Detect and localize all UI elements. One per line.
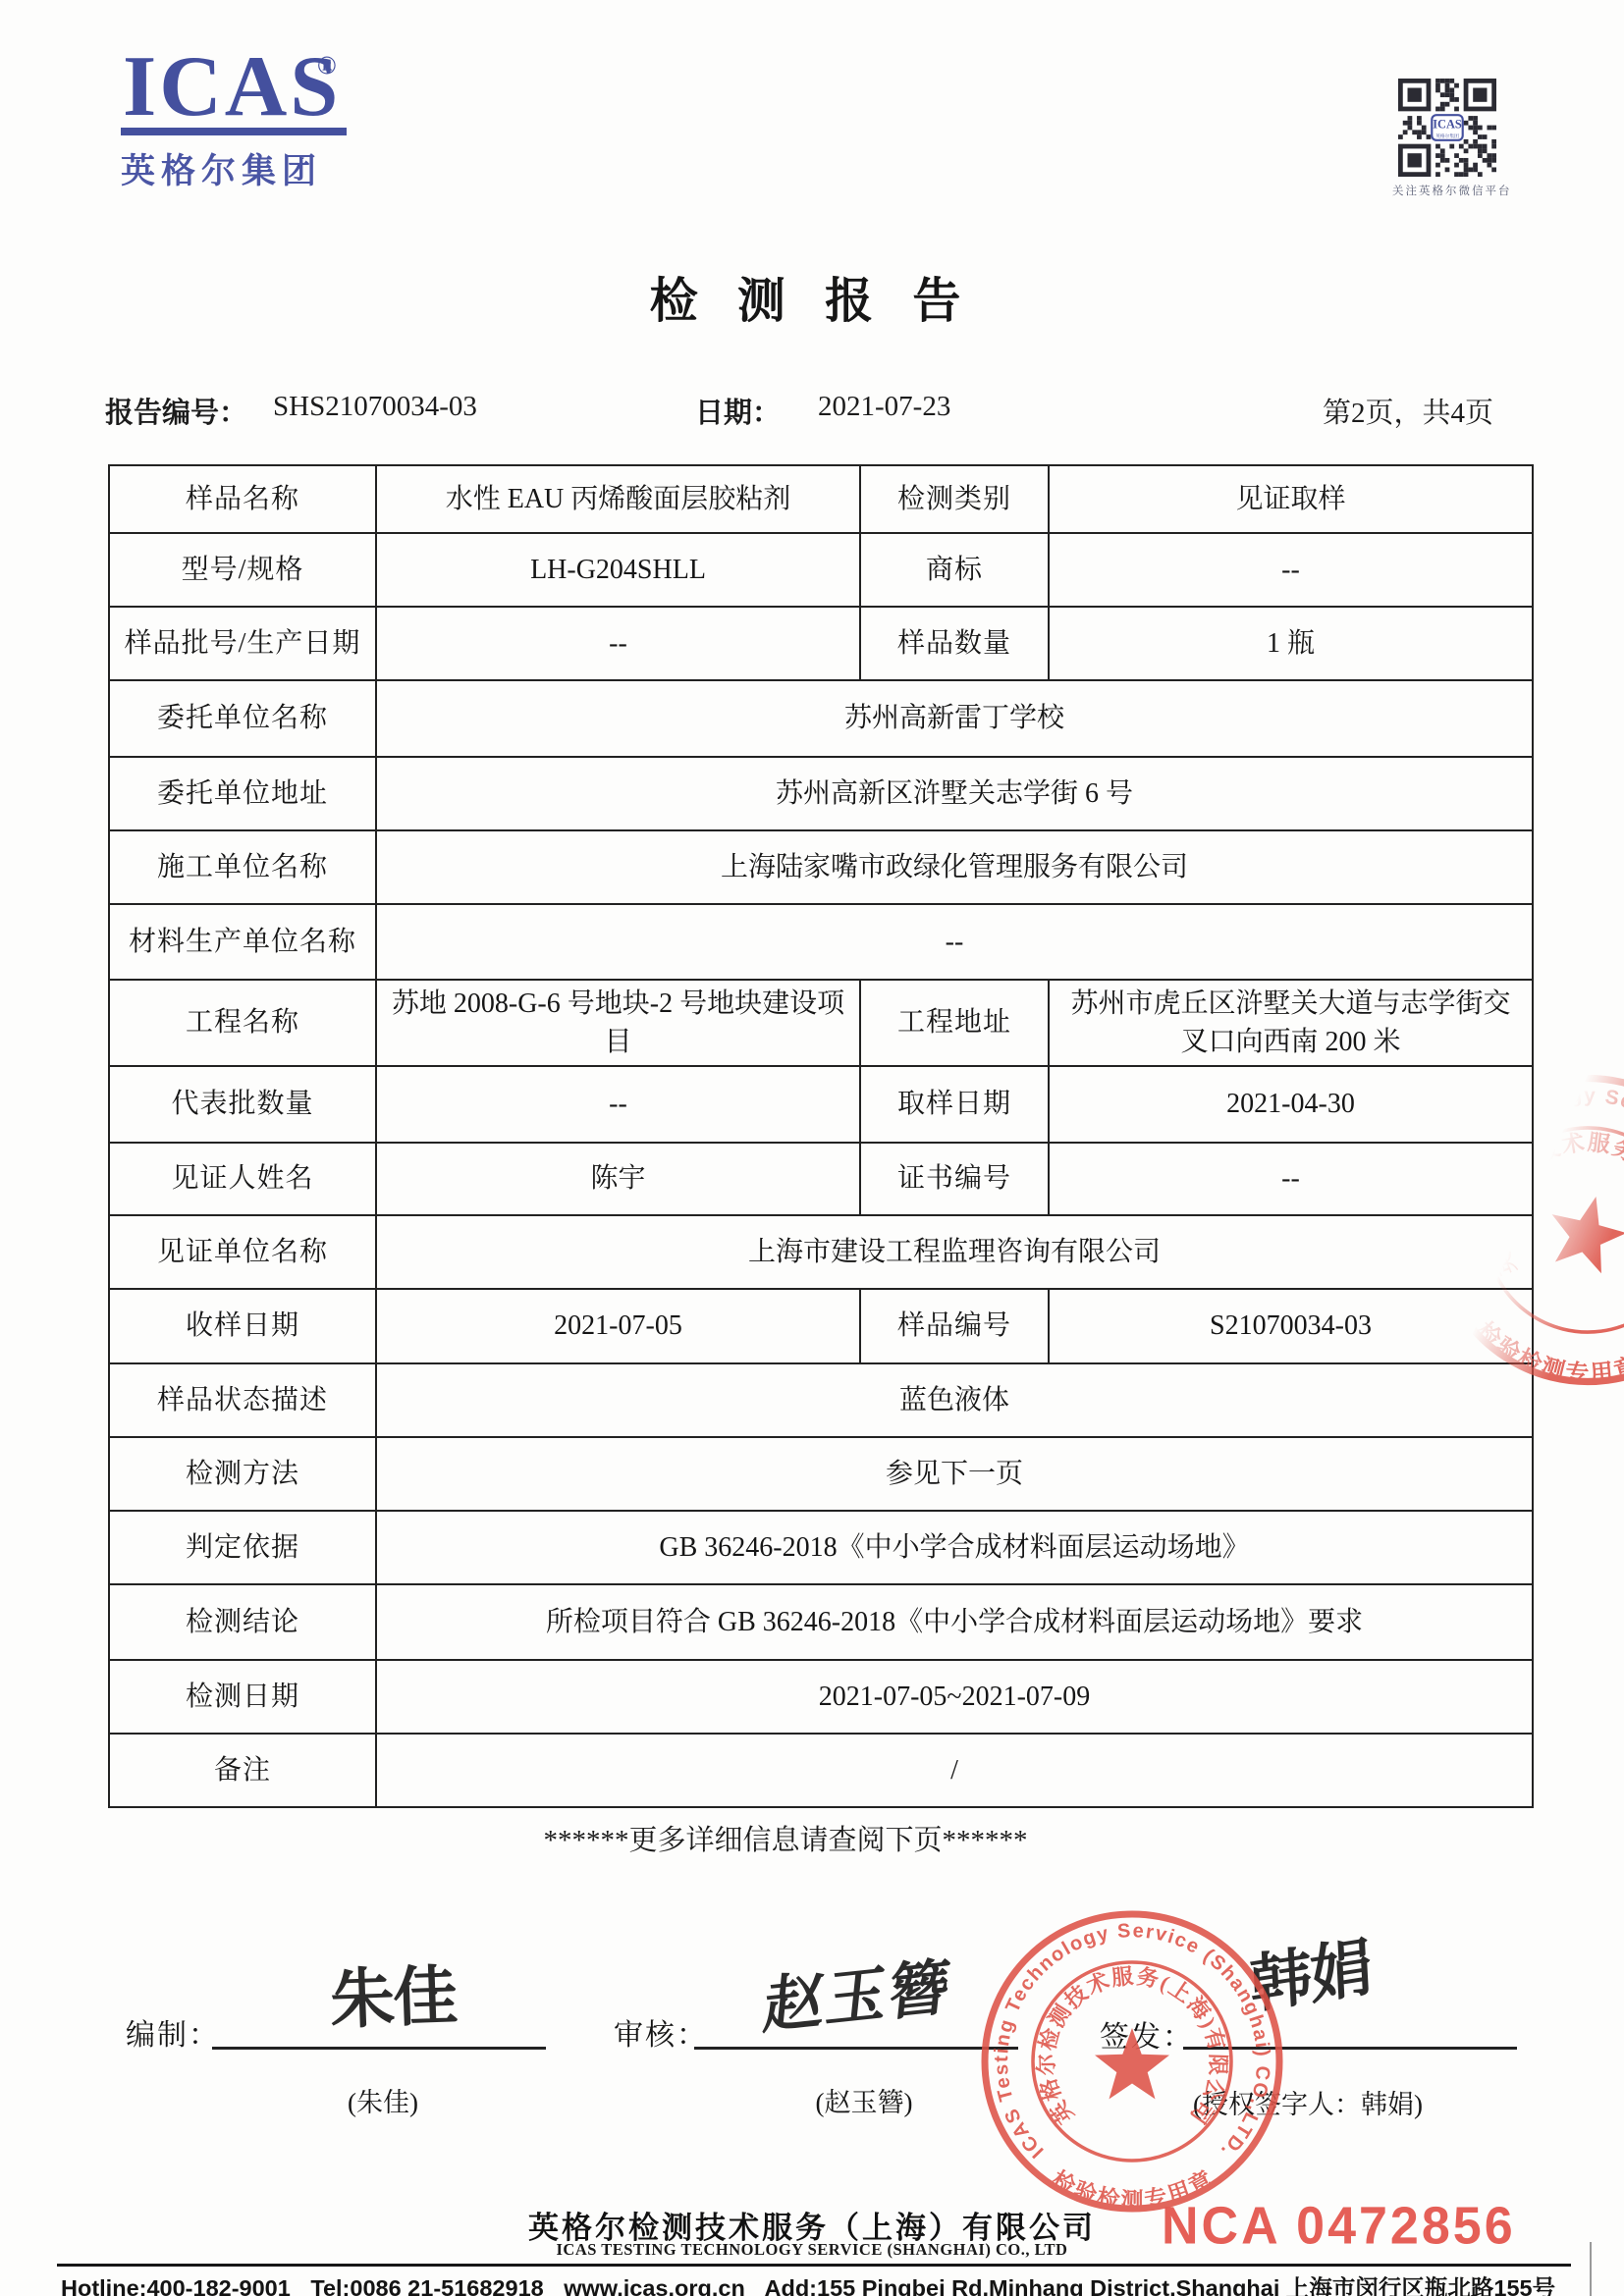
- info-table: 样品名称水性 EAU 丙烯酸面层胶粘剂检测类别见证取样型号/规格LH-G204S…: [108, 464, 1534, 1808]
- qr-code: ICAS英格尔集团: [1398, 79, 1496, 177]
- reviewed-name: (赵玉簪): [776, 2081, 952, 2119]
- table-row: 见证单位名称上海市建设工程监理咨询有限公司: [109, 1215, 1533, 1289]
- report-no-value: SHS21070034-03: [273, 391, 477, 423]
- field-label: 商标: [860, 533, 1049, 607]
- field-label: 样品数量: [860, 607, 1049, 680]
- field-label: 收样日期: [109, 1289, 376, 1363]
- footer-company-name-en: ICAS TESTING TECHNOLOGY SERVICE (SHANGHA…: [0, 2240, 1624, 2260]
- footer-contact-info: Hotline:400-182-9001 Tel:0086 21-5168291…: [61, 2269, 1593, 2296]
- table-row: 委托单位地址苏州高新区浒墅关志学街 6 号: [109, 757, 1533, 830]
- field-value: 苏州高新区浒墅关志学街 6 号: [376, 757, 1533, 830]
- more-info-note: ******更多详细信息请查阅下页******: [0, 1818, 1571, 1858]
- field-value: --: [1049, 533, 1533, 607]
- table-row: 检测结论所检项目符合 GB 36246-2018《中小学合成材料面层运动场地》要…: [109, 1584, 1533, 1660]
- field-label: 委托单位地址: [109, 757, 376, 830]
- field-label: 检测结论: [109, 1584, 376, 1660]
- field-value: 上海市建设工程监理咨询有限公司: [376, 1215, 1533, 1289]
- field-value: 参见下一页: [376, 1437, 1533, 1511]
- reviewed-signature: 赵玉簪: [760, 1937, 956, 2046]
- field-value: 1 瓶: [1049, 607, 1533, 680]
- field-value: 陈宇: [376, 1143, 860, 1215]
- table-row: 收样日期2021-07-05样品编号S21070034-03: [109, 1289, 1533, 1363]
- icas-logo-subtext: 英格尔集团: [121, 144, 347, 193]
- table-row: 施工单位名称上海陆家嘴市政绿化管理服务有限公司: [109, 830, 1533, 904]
- field-label: 工程地址: [860, 980, 1049, 1066]
- table-row: 样品状态描述蓝色液体: [109, 1363, 1533, 1437]
- footer-divider: [57, 2264, 1571, 2267]
- prepared-by-label: 编制：: [126, 2010, 220, 2054]
- table-row: 判定依据GB 36246-2018《中小学合成材料面层运动场地》: [109, 1511, 1533, 1584]
- field-label: 见证单位名称: [109, 1215, 376, 1289]
- date-label: 日期：: [695, 391, 781, 431]
- field-value: --: [376, 904, 1533, 980]
- table-row: 备注/: [109, 1734, 1533, 1807]
- table-row: 检测方法参见下一页: [109, 1437, 1533, 1511]
- field-label: 施工单位名称: [109, 830, 376, 904]
- field-label: 判定依据: [109, 1511, 376, 1584]
- field-label: 样品编号: [860, 1289, 1049, 1363]
- field-value: 苏地 2008-G-6 号地块-2 号地块建设项目: [376, 980, 860, 1066]
- table-row: 材料生产单位名称--: [109, 904, 1533, 980]
- field-label: 样品状态描述: [109, 1363, 376, 1437]
- icas-logo: ICAS ® 英格尔集团: [121, 49, 347, 193]
- field-value: 所检项目符合 GB 36246-2018《中小学合成材料面层运动场地》要求: [376, 1584, 1533, 1660]
- table-row: 检测日期2021-07-05~2021-07-09: [109, 1660, 1533, 1734]
- field-value: 2021-07-05~2021-07-09: [376, 1660, 1533, 1734]
- report-no-label: 报告编号：: [105, 391, 247, 431]
- field-label: 取样日期: [860, 1066, 1049, 1143]
- field-label: 见证人姓名: [109, 1143, 376, 1215]
- test-report-page: ICAS ® 英格尔集团 ICAS英格尔集团 关注英格尔微信平台 检 测 报 告…: [0, 0, 1624, 2296]
- registered-trademark-icon: ®: [317, 51, 336, 80]
- field-label: 样品批号/生产日期: [109, 607, 376, 680]
- footer-hotline: Hotline:400-182-9001: [61, 2275, 291, 2296]
- field-value: /: [376, 1734, 1533, 1807]
- field-label: 证书编号: [860, 1143, 1049, 1215]
- table-row: 代表批数量--取样日期2021-04-30: [109, 1066, 1533, 1143]
- page-number: 第2页，共4页: [1323, 391, 1493, 431]
- table-row: 样品名称水性 EAU 丙烯酸面层胶粘剂检测类别见证取样: [109, 465, 1533, 533]
- field-value: 水性 EAU 丙烯酸面层胶粘剂: [376, 465, 860, 533]
- field-label: 型号/规格: [109, 533, 376, 607]
- field-label: 检测日期: [109, 1660, 376, 1734]
- table-row: 委托单位名称苏州高新雷丁学校: [109, 680, 1533, 757]
- table-row: 见证人姓名陈宇证书编号--: [109, 1143, 1533, 1215]
- table-row: 样品批号/生产日期--样品数量1 瓶: [109, 607, 1533, 680]
- field-label: 样品名称: [109, 465, 376, 533]
- field-label: 备注: [109, 1734, 376, 1807]
- field-label: 检测方法: [109, 1437, 376, 1511]
- field-label: 检测类别: [860, 465, 1049, 533]
- qr-caption: 关注英格尔微信平台: [1392, 183, 1520, 198]
- svg-text:ICAS: ICAS: [1433, 117, 1462, 131]
- table-row: 型号/规格LH-G204SHLL商标--: [109, 533, 1533, 607]
- scan-artifact-line: [1590, 2242, 1592, 2296]
- date-value: 2021-07-23: [818, 391, 950, 423]
- icas-logo-text: ICAS: [121, 49, 347, 135]
- field-value: 苏州高新雷丁学校: [376, 680, 1533, 757]
- field-value: 见证取样: [1049, 465, 1533, 533]
- field-value: 2021-07-05: [376, 1289, 860, 1363]
- footer-website: www.icas.org.cn: [564, 2275, 745, 2296]
- field-value: --: [376, 607, 860, 680]
- svg-text:英格尔集团: 英格尔集团: [1435, 133, 1459, 139]
- field-label: 材料生产单位名称: [109, 904, 376, 980]
- field-value: 上海陆家嘴市政绿化管理服务有限公司: [376, 830, 1533, 904]
- field-label: 工程名称: [109, 980, 376, 1066]
- field-value: LH-G204SHLL: [376, 533, 860, 607]
- field-value: GB 36246-2018《中小学合成材料面层运动场地》: [376, 1511, 1533, 1584]
- footer-address: Add:155 Pingbei Rd,Minhang District,Shan…: [765, 2275, 1556, 2296]
- field-value: --: [376, 1066, 860, 1143]
- prepared-signature: 朱佳: [328, 1944, 457, 2041]
- footer-tel: Tel:0086 21-51682918: [310, 2275, 543, 2296]
- page-title: 检 测 报 告: [0, 263, 1624, 332]
- field-value: 蓝色液体: [376, 1363, 1533, 1437]
- prepared-name: (朱佳): [295, 2081, 471, 2119]
- company-seal-stamp: ICAS Testing Technology Service (Shangha…: [965, 1895, 1299, 2228]
- field-label: 代表批数量: [109, 1066, 376, 1143]
- table-row: 工程名称苏地 2008-G-6 号地块-2 号地块建设项目工程地址苏州市虎丘区浒…: [109, 980, 1533, 1066]
- prepared-signature-line: [212, 2047, 546, 2050]
- field-label: 委托单位名称: [109, 680, 376, 757]
- info-table-body: 样品名称水性 EAU 丙烯酸面层胶粘剂检测类别见证取样型号/规格LH-G204S…: [109, 465, 1533, 1807]
